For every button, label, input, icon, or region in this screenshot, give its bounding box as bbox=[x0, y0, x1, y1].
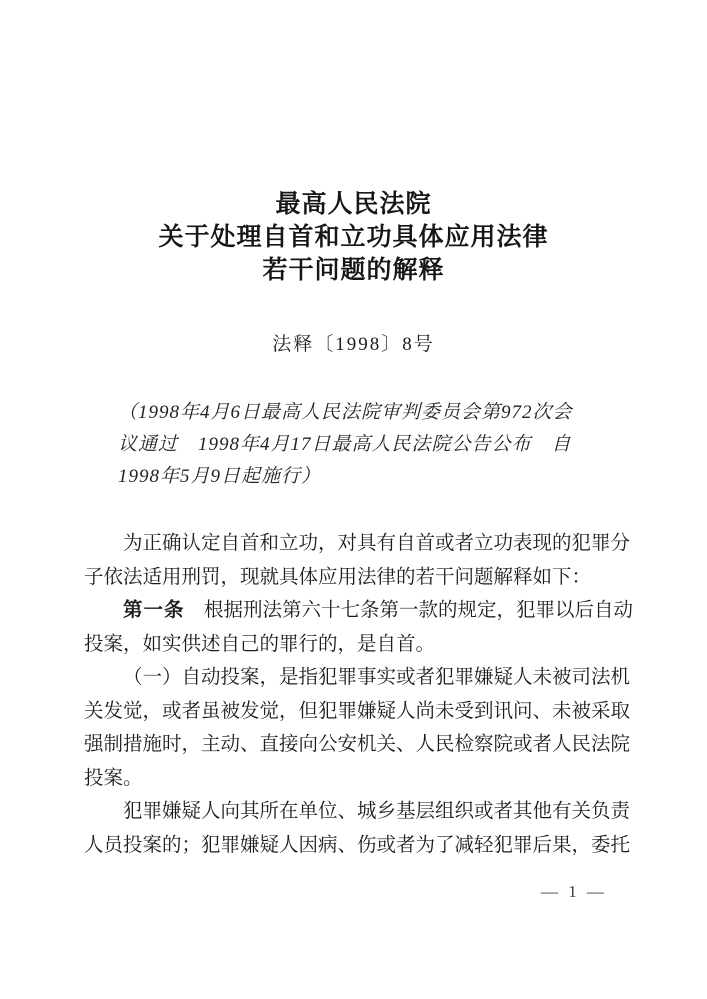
body-line: 投案。 bbox=[84, 762, 634, 796]
promulgation-note: （1998年4月6日最高人民法院审判委员会第972次会 议通过 1998年4月1… bbox=[118, 397, 604, 493]
body-line: （一）自动投案，是指犯罪事实或者犯罪嫌疑人未被司法机 bbox=[84, 661, 634, 695]
body-line: 人员投案的；犯罪嫌疑人因病、伤或者为了减轻犯罪后果，委托 bbox=[84, 829, 634, 863]
document-body: 为正确认定自首和立功，对具有自首或者立功表现的犯罪分 子依法适用刑罚，现就具体应… bbox=[84, 527, 634, 862]
promulgation-line: 1998年5月9日起施行） bbox=[118, 461, 604, 493]
title-line-1: 最高人民法院 bbox=[0, 188, 707, 221]
body-line-article-1: 第一条 根据刑法第六十七条第一款的规定，犯罪以后自动 bbox=[84, 594, 634, 628]
article-1-label: 第一条 bbox=[123, 599, 185, 621]
body-line: 犯罪嫌疑人向其所在单位、城乡基层组织或者其他有关负责 bbox=[84, 795, 634, 829]
document-number: 法释〔1998〕8号 bbox=[0, 332, 707, 358]
body-line: 强制措施时，主动、直接向公安机关、人民检察院或者人民法院 bbox=[84, 728, 634, 762]
document-title: 最高人民法院 关于处理自首和立功具体应用法律 若干问题的解释 bbox=[0, 188, 707, 287]
body-line: 子依法适用刑罚，现就具体应用法律的若干问题解释如下： bbox=[84, 561, 634, 595]
promulgation-line: 议通过 1998年4月17日最高人民法院公告公布 自 bbox=[118, 429, 604, 461]
promulgation-line: （1998年4月6日最高人民法院审判委员会第972次会 bbox=[118, 397, 604, 429]
body-line: 投案，如实供述自己的罪行的，是自首。 bbox=[84, 628, 634, 662]
document-page: 最高人民法院 关于处理自首和立功具体应用法律 若干问题的解释 法释〔1998〕8… bbox=[0, 0, 707, 999]
article-1-text: 根据刑法第六十七条第一款的规定，犯罪以后自动 bbox=[185, 600, 634, 621]
page-number: — 1 — bbox=[541, 882, 607, 902]
title-line-2: 关于处理自首和立功具体应用法律 bbox=[0, 221, 707, 254]
body-line: 关发觉，或者虽被发觉，但犯罪嫌疑人尚未受到讯问、未被采取 bbox=[84, 695, 634, 729]
title-line-3: 若干问题的解释 bbox=[0, 254, 707, 287]
body-line: 为正确认定自首和立功，对具有自首或者立功表现的犯罪分 bbox=[84, 527, 634, 561]
